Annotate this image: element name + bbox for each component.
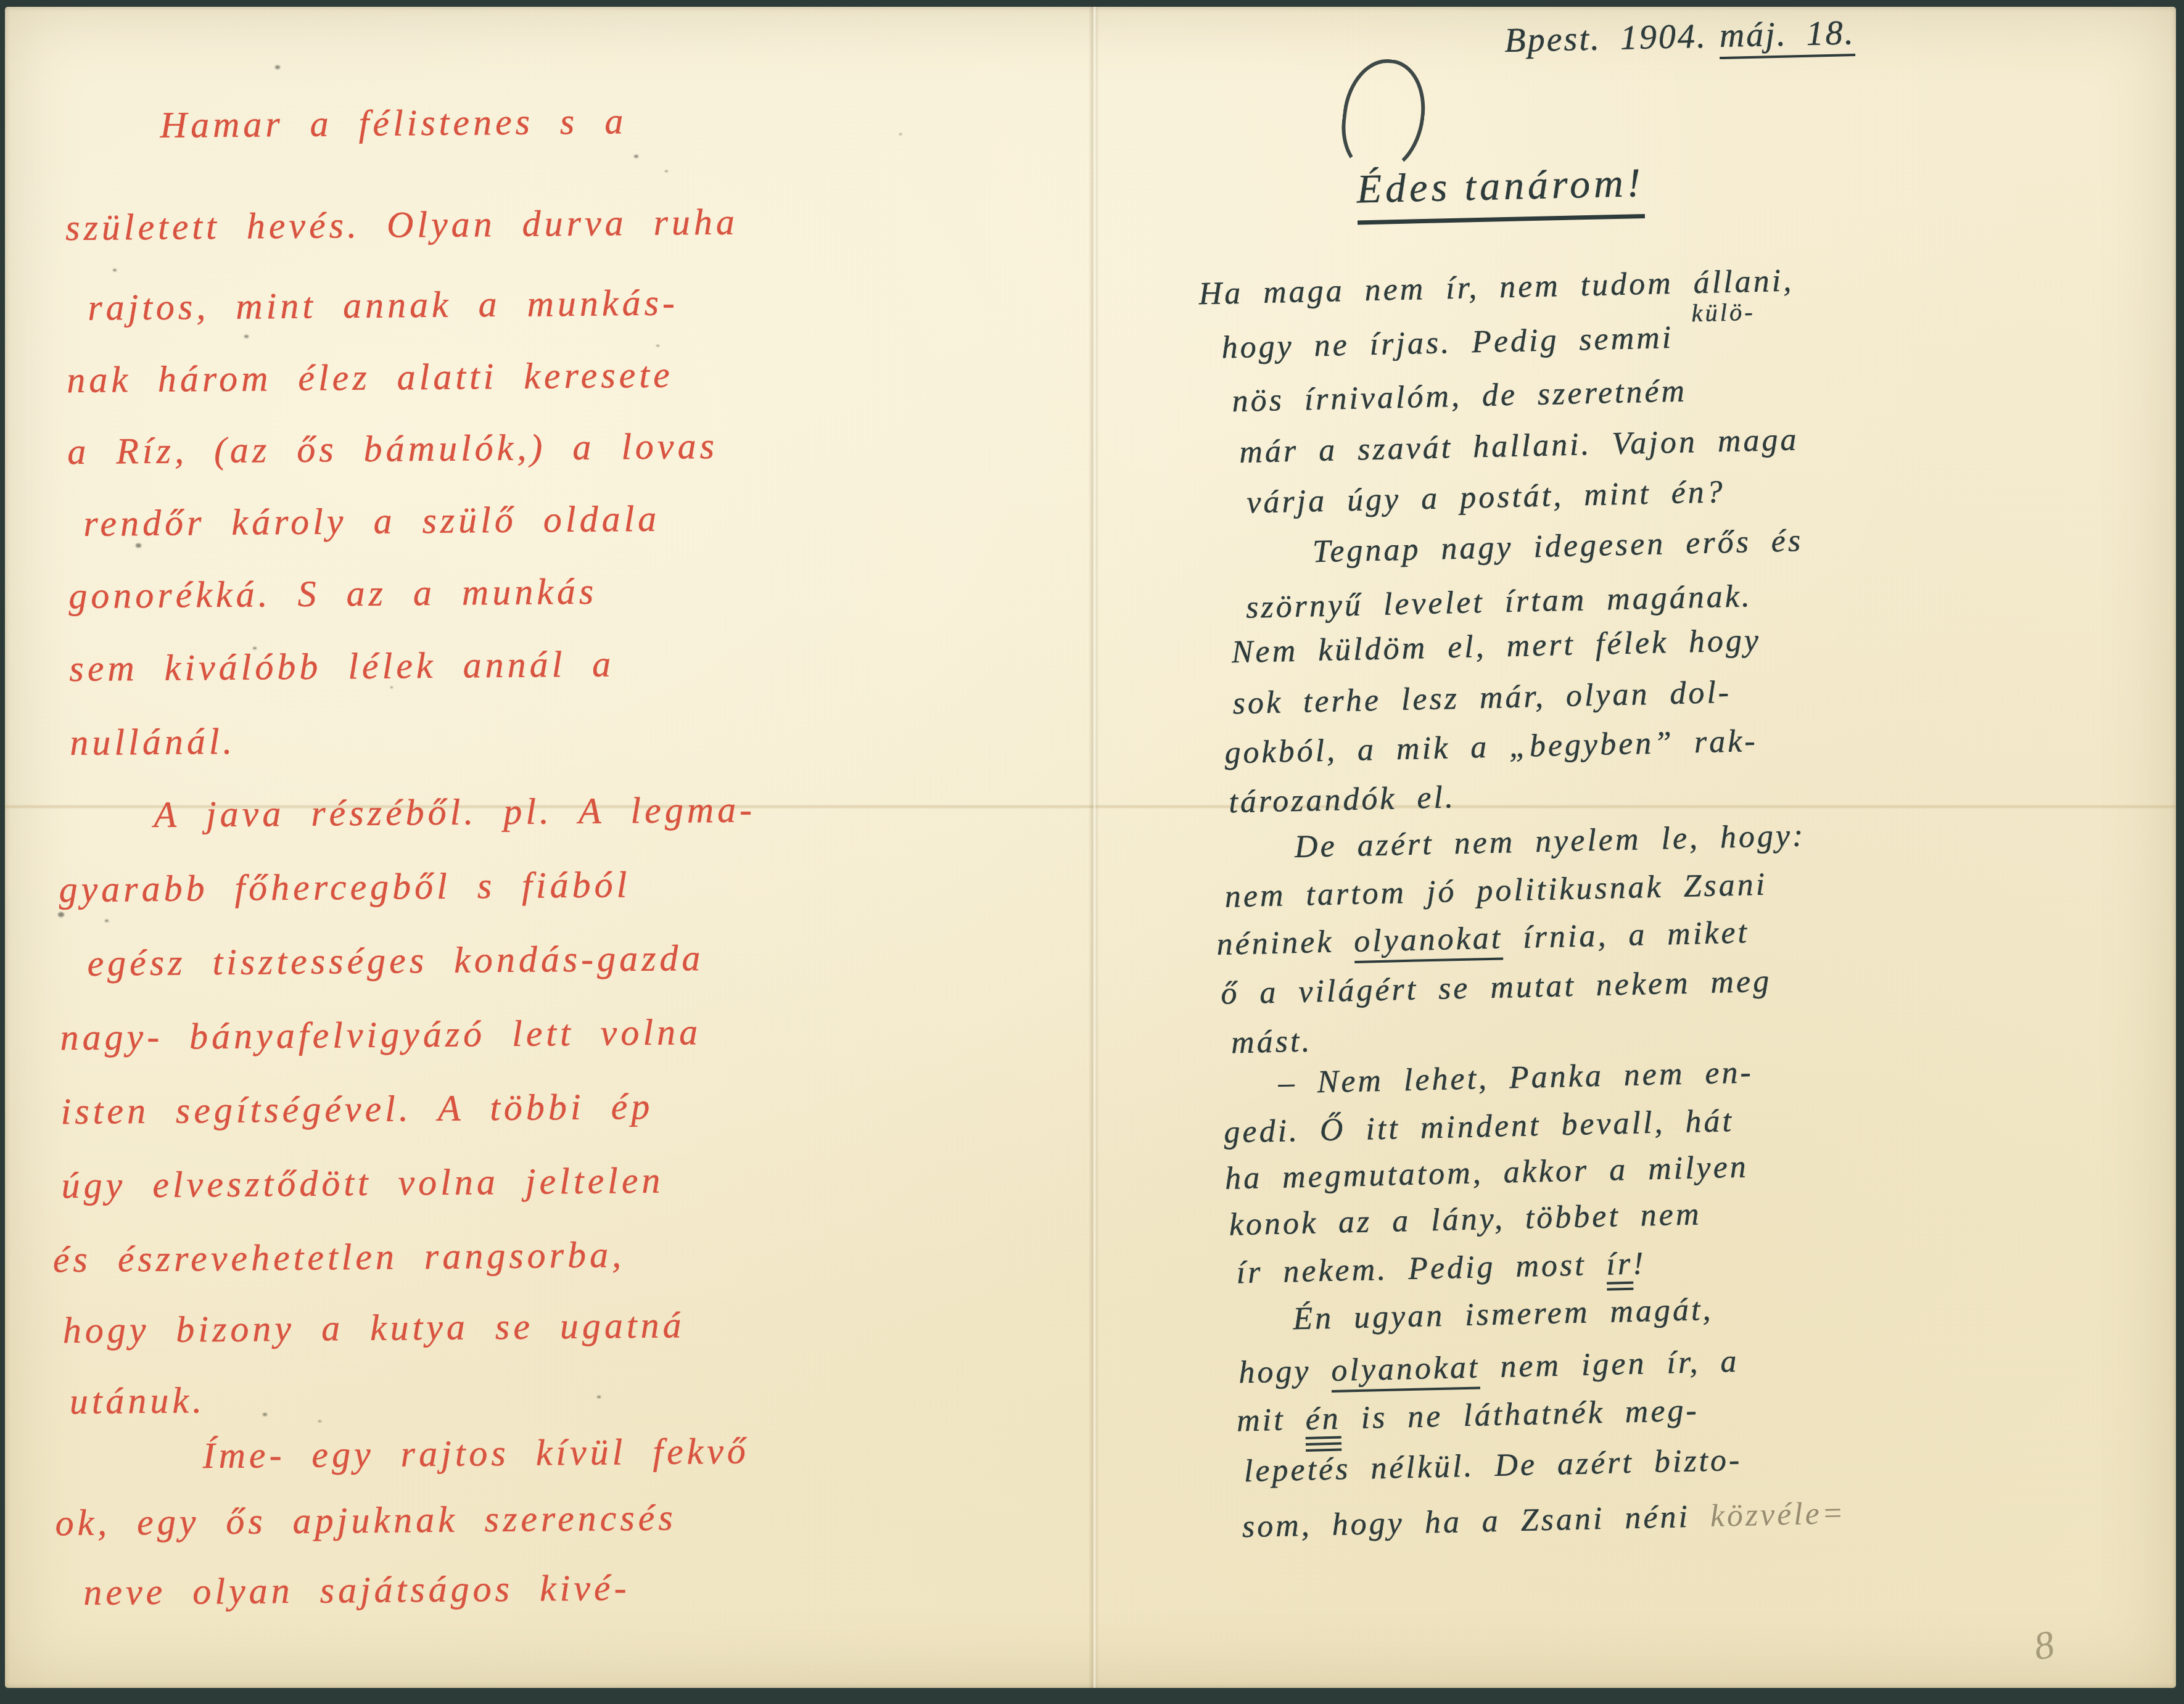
handwritten-line: szörnyű levelet írtam magának. xyxy=(1245,578,1752,626)
ink-smudge xyxy=(275,65,280,69)
ink-smudge xyxy=(244,335,249,338)
handwritten-line: sok terhe lesz már, olyan dol- xyxy=(1232,674,1732,722)
handwritten-line: nak három élez alatti keresete xyxy=(67,354,674,402)
handwritten-line: hogy olyanokat nem igen ír, a xyxy=(1238,1343,1739,1391)
handwritten-line: som, hogy ha a Zsani néni közvéle= xyxy=(1242,1495,1846,1545)
handwritten-line: Tegnap nagy idegesen erős és xyxy=(1312,522,1803,570)
handwritten-line: gonorékká. S az a munkás xyxy=(68,570,597,617)
ink-smudge xyxy=(656,345,659,347)
raised-word: külö- xyxy=(1673,298,1755,327)
handwritten-line: ír nekem. Pedig most ír! xyxy=(1236,1245,1646,1291)
salutation-text: Édes tanárom! xyxy=(1356,160,1645,225)
letter-paper: Hamar a félistenes s aszületett hevés. O… xyxy=(5,7,2176,1688)
handwritten-line: De azért nem nyelem le, hogy: xyxy=(1294,817,1806,865)
scanned-letter: Hamar a félistenes s aszületett hevés. O… xyxy=(0,0,2184,1704)
ink-smudge xyxy=(253,647,257,649)
ink-smudge xyxy=(58,912,64,917)
handwritten-line: és észrevehetetlen rangsorba, xyxy=(52,1233,625,1281)
handwritten-line: ha megmutatom, akkor a milyen xyxy=(1224,1149,1749,1197)
handwritten-line: A java részéből. pl. A legma- xyxy=(154,788,756,836)
ink-smudge xyxy=(318,1420,321,1422)
handwritten-line: sem kiválóbb lélek annál a xyxy=(69,643,614,690)
handwritten-line: konok az a lány, többet nem xyxy=(1229,1196,1702,1243)
ink-smudge xyxy=(136,543,141,548)
handwritten-line: hogy bizony a kutya se ugatná xyxy=(62,1304,685,1352)
handwritten-line: utánuk. xyxy=(69,1379,205,1423)
handwritten-line: Íme- egy rajtos kívül fekvő xyxy=(202,1430,749,1478)
handwritten-line: mit én is ne láthatnék meg- xyxy=(1236,1392,1699,1439)
ink-smudge xyxy=(597,1396,601,1398)
handwritten-line: Nem küldöm el, mert félek hogy xyxy=(1231,622,1762,670)
ink-smudge xyxy=(665,170,668,172)
handwritten-line: hogy ne írjas. Pedig semmi külö- xyxy=(1221,318,1756,366)
ink-smudge xyxy=(390,686,393,688)
right-page: Bpest. 1904.máj. 18. Édes tanárom! Ha ma… xyxy=(1097,7,2176,1687)
handwritten-line: mást. xyxy=(1231,1023,1313,1061)
ink-smudge xyxy=(222,389,225,391)
underlined-word: ír xyxy=(1606,1246,1633,1291)
handwritten-line: nös írnivalóm, de szeretném xyxy=(1232,372,1687,419)
handwritten-line: isten segítségével. A többi ép xyxy=(60,1085,653,1133)
handwritten-line: gokból, a mik a „begyben” rak- xyxy=(1224,723,1758,772)
handwritten-line: Hamar a félistenes s a xyxy=(160,100,627,147)
handwritten-line: rendőr károly a szülő oldala xyxy=(83,498,660,545)
dateline-place-year: Bpest. 1904. xyxy=(1504,17,1708,60)
handwritten-line: már a szavát hallani. Vajon maga xyxy=(1239,421,1799,471)
ink-smudge xyxy=(634,155,638,158)
ink-smudge xyxy=(113,269,117,271)
ink-smudge xyxy=(105,920,109,922)
handwritten-line: úgy elvesztődött volna jeltelen xyxy=(61,1159,664,1208)
handwritten-line: a Ríz, (az ős bámulók,) a lovas xyxy=(67,425,718,473)
faded-word: közvéle= xyxy=(1689,1496,1846,1534)
handwritten-line: született hevés. Olyan durva ruha xyxy=(65,201,738,250)
underlined-word: én xyxy=(1305,1401,1341,1452)
handwritten-line: gyarabb főhercegből s fiából xyxy=(59,863,630,911)
handwritten-line: neve olyan sajátságos kivé- xyxy=(83,1566,630,1614)
handwritten-line: nem tartom jó politikusnak Zsani xyxy=(1224,866,1768,915)
salutation: Édes tanárom! xyxy=(1356,160,1645,213)
handwritten-line: tározandók el. xyxy=(1229,779,1456,820)
handwritten-line: néninek olyanokat írnia, a miket xyxy=(1216,914,1750,963)
handwritten-line: nullánál. xyxy=(70,720,236,764)
ink-smudge xyxy=(899,133,902,135)
underlined-word: olyanokat xyxy=(1331,1349,1480,1392)
ink-smudge xyxy=(263,1413,267,1416)
handwritten-line: ok, egy ős apjuknak szerencsés xyxy=(55,1497,677,1545)
initial-letter-flourish xyxy=(1337,54,1431,178)
handwritten-line: ő a világért se mutat nekem meg xyxy=(1221,963,1772,1012)
left-page: Hamar a félistenes s aszületett hevés. O… xyxy=(5,7,1106,1688)
handwritten-line: – Nem lehet, Panka nem en- xyxy=(1278,1054,1753,1101)
handwritten-line: rajtos, mint annak a munkás- xyxy=(88,281,678,329)
handwritten-line: Én ugyan ismerem magát, xyxy=(1293,1291,1713,1337)
underlined-word: olyanokat xyxy=(1354,920,1503,963)
dateline-day-underlined: máj. 18. xyxy=(1719,14,1856,59)
dateline: Bpest. 1904.máj. 18. xyxy=(1504,13,1856,60)
handwritten-line: várja úgy a postát, mint én? xyxy=(1247,474,1726,521)
handwritten-line: egész tisztességes kondás-gazda xyxy=(87,937,704,985)
handwritten-line: gedi. Ő itt mindent bevall, hát xyxy=(1224,1103,1734,1151)
handwritten-line: nagy- bányafelvigyázó lett volna xyxy=(60,1011,701,1059)
